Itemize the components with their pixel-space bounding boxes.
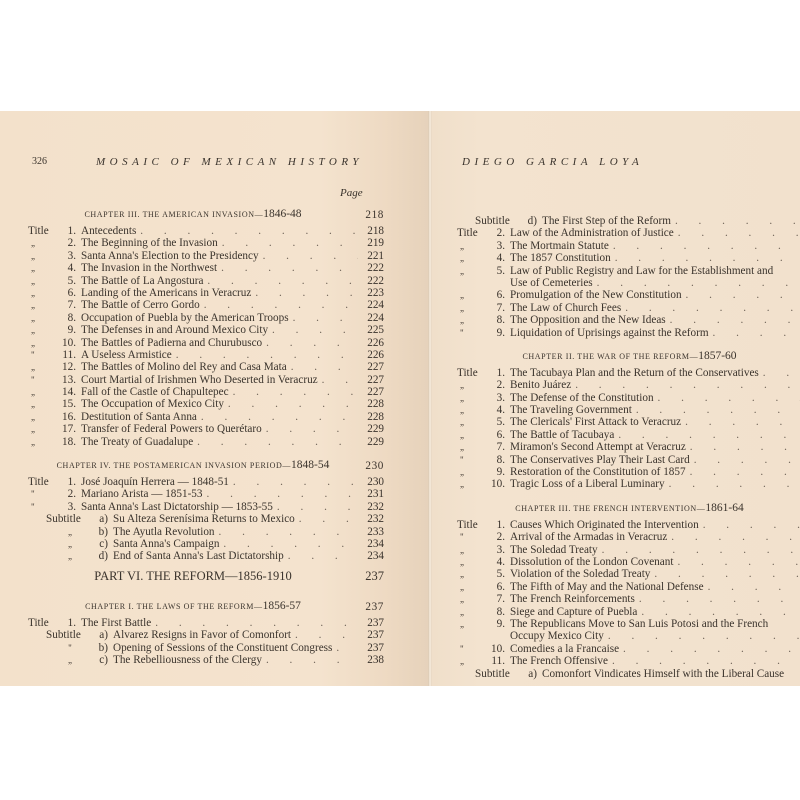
- leader-dots: [251, 287, 358, 299]
- entry-type-label: „: [28, 411, 58, 423]
- chapter-label: CHAPTER IV. THE POSTAMERICAN INVASION PE…: [57, 461, 291, 470]
- entry-title: The Mortmain Statute: [510, 240, 609, 252]
- entry-title-line1: Law of Public Registry and Law for the E…: [510, 265, 800, 277]
- leader-dots: [289, 312, 358, 324]
- part-heading: PART VI. THE REFORM—1856-1910237: [28, 563, 384, 589]
- entry-number: 5.: [487, 568, 510, 580]
- toc-entry: „2.The Beginning of the Invasion219: [28, 237, 384, 249]
- leader-dots: [673, 556, 800, 568]
- toc-entry: „6.Promulgation of the New Constitution: [457, 289, 800, 301]
- leader-dots: [608, 655, 800, 667]
- entry-title: The Treaty of Guadalupe: [81, 436, 193, 448]
- entry-type-label: Title: [28, 476, 58, 488]
- entry-type-label: „: [457, 478, 487, 490]
- entry-number: 5.: [487, 265, 510, 277]
- chapter-title: CHAPTER II. THE WAR OF THE REFORM—1857-6…: [457, 350, 800, 363]
- entry-type-label: Title: [28, 617, 58, 629]
- leader-dots: [172, 349, 358, 361]
- toc-entry: "2.Mariano Arista — 1851-53231: [28, 488, 384, 500]
- entry-type-label: „: [457, 581, 487, 593]
- leader-dots: [699, 519, 800, 531]
- entry-number: c): [90, 654, 113, 666]
- entry-type-label: „: [28, 526, 90, 538]
- part-title: PART VI. THE REFORM—1856-1910: [28, 570, 358, 582]
- entry-type-label: „: [457, 404, 487, 416]
- entry-number: d): [90, 550, 113, 562]
- toc-entry: „7.The Law of Church Fees: [457, 302, 800, 314]
- toc-entry: Subtitlea)Su Alteza Serenísima Returns t…: [28, 513, 384, 525]
- chapter-label: CHAPTER III. THE AMERICAN INVASION—: [84, 210, 263, 219]
- entry-number: 7.: [487, 441, 510, 453]
- chapter-heading: CHAPTER II. THE WAR OF THE REFORM—1857-6…: [457, 347, 800, 367]
- entry-title: A Useless Armistice: [81, 349, 172, 361]
- toc-entry: "2.Arrival of the Armadas in Veracruz: [457, 531, 800, 543]
- page-ref: 224: [358, 312, 384, 324]
- entry-title: The Battles of Padierna and Churubusco: [81, 337, 262, 349]
- toc-entry: „14.Fall of the Castle of Chapultepec227: [28, 386, 384, 398]
- entry-title: The Opposition and the New Ideas: [510, 314, 666, 326]
- entry-type-label: ": [457, 643, 487, 655]
- entry-type-label: „: [457, 240, 487, 252]
- entry-title: Mariano Arista — 1851-53: [81, 488, 203, 500]
- entry-number: 14.: [58, 386, 81, 398]
- entry-number: a): [90, 629, 113, 641]
- entry-number: 10.: [487, 478, 510, 490]
- chapter-title: CHAPTER III. THE AMERICAN INVASION—1846-…: [28, 208, 358, 221]
- page-ref: 237: [358, 617, 384, 629]
- leader-dots: [665, 478, 800, 490]
- page-ref: 238: [358, 654, 384, 666]
- page-ref: 227: [358, 386, 384, 398]
- entry-title: Santa Anna's Election to the Presidency: [81, 250, 259, 262]
- page-ref: 234: [358, 550, 384, 562]
- toc-entry: „10.The Battles of Padierna and Churubus…: [28, 337, 384, 349]
- toc-entry: "9.Liquidation of Uprisings against the …: [457, 327, 800, 339]
- toc-entry: "10.Comedies a la Francaise: [457, 643, 800, 655]
- entry-type-label: ": [28, 488, 58, 500]
- toc-entry: „4.Dissolution of the London Covenant: [457, 556, 800, 568]
- leader-dots: [611, 252, 800, 264]
- entry-title: Law of the Administration of Justice: [510, 227, 674, 239]
- toc-entry: „d)End of Santa Anna's Last Dictatorship…: [28, 550, 384, 562]
- page-ref: 224: [358, 299, 384, 311]
- page-ref: 227: [358, 361, 384, 373]
- entry-type-label: Subtitle: [28, 513, 90, 525]
- leader-dots: [262, 337, 358, 349]
- page-ref: 226: [358, 337, 384, 349]
- entry-number: 9.: [487, 327, 510, 339]
- entry-type-label: „: [457, 466, 487, 478]
- leader-dots: [200, 299, 358, 311]
- entry-title: Court Martial of Irishmen Who Deserted i…: [81, 374, 318, 386]
- leader-dots: [291, 629, 358, 641]
- entry-type-label: „: [457, 379, 487, 391]
- entry-number: 7.: [487, 302, 510, 314]
- leader-dots: [295, 513, 358, 525]
- page-ref: 223: [358, 287, 384, 299]
- entry-type-label: Subtitle: [457, 668, 519, 680]
- section-spacer: [28, 589, 384, 597]
- page-ref: 232: [358, 513, 384, 525]
- entry-title: The Battle of La Angostura: [81, 275, 203, 287]
- leader-dots: [632, 404, 800, 416]
- entry-number: 6.: [487, 289, 510, 301]
- toc-entry: "8.The Conservatives Play Their Last Car…: [457, 454, 800, 466]
- entry-title: The Battle of Cerro Gordo: [81, 299, 200, 311]
- entry-title: The 1857 Constitution: [510, 252, 611, 264]
- leader-dots: [621, 302, 800, 314]
- leader-dots: [690, 454, 800, 466]
- entry-type-label: Subtitle: [457, 215, 519, 227]
- entry-type-label: „: [457, 265, 487, 277]
- leader-dots: [609, 240, 800, 252]
- toc-entry: „11.The French Offensive: [457, 655, 800, 667]
- entry-type-label: „: [28, 538, 90, 550]
- chapter-years: 1856-57: [263, 600, 301, 612]
- page-ref: 228: [358, 411, 384, 423]
- leader-dots: [203, 275, 358, 287]
- leader-dots: [217, 262, 358, 274]
- entry-type-label: „: [457, 655, 487, 667]
- toc-entry: Title1.The First Battle237: [28, 617, 384, 629]
- entry-number: 15.: [58, 398, 81, 410]
- toc-entry: „6.The Battle of Tacubaya: [457, 429, 800, 441]
- page-ref: 222: [358, 275, 384, 287]
- entry-number: 8.: [487, 606, 510, 618]
- entry-title: Destitution of Santa Anna: [81, 411, 197, 423]
- entry-number: d): [519, 215, 542, 227]
- entry-title: Alvarez Resigns in Favor of Comonfort: [113, 629, 291, 641]
- leader-dots: [619, 643, 800, 655]
- chapter-label: CHAPTER I. THE LAWS OF THE REFORM—: [85, 602, 262, 611]
- page-ref: 233: [358, 526, 384, 538]
- toc-entry: Title1.Antecedents218: [28, 225, 384, 237]
- entry-title: Occupation of Puebla by the American Tro…: [81, 312, 289, 324]
- entry-type-label: ": [457, 531, 487, 543]
- toc-entry: Subtitled)The First Step of the Reform: [457, 215, 800, 227]
- toc-entry: "13.Court Martial of Irishmen Who Desert…: [28, 374, 384, 386]
- entry-title: The Rebelliousness of the Clergy: [113, 654, 262, 666]
- entry-title: The Ayutla Revolution: [113, 526, 215, 538]
- toc-entry: „4.The 1857 Constitution: [457, 252, 800, 264]
- entry-title: Arrival of the Armadas in Veracruz: [510, 531, 667, 543]
- toc-entry: „3.The Defense of the Constitution: [457, 392, 800, 404]
- entry-title: Restoration of the Constitution of 1857: [510, 466, 686, 478]
- entry-number: c): [90, 538, 113, 550]
- entry-number: 12.: [58, 361, 81, 373]
- toc-entry: „3.Santa Anna's Election to the Presiden…: [28, 250, 384, 262]
- toc-entry: „3.The Soledad Treaty: [457, 544, 800, 556]
- entry-title: The Beginning of the Invasion: [81, 237, 218, 249]
- section-spacer: [457, 339, 800, 347]
- leader-dots: [593, 277, 800, 289]
- entry-type-label: „: [457, 544, 487, 556]
- toc-entry: „3.The Mortmain Statute: [457, 240, 800, 252]
- entry-number: 1.: [487, 367, 510, 379]
- page-ref: 218: [358, 225, 384, 237]
- entry-type-label: „: [28, 299, 58, 311]
- toc-entry: „8.Siege and Capture of Puebla: [457, 606, 800, 618]
- entry-title: The French Reinforcements: [510, 593, 635, 605]
- chapter-heading: CHAPTER III. THE AMERICAN INVASION—1846-…: [28, 205, 384, 225]
- chapter-years: 1861-64: [705, 502, 743, 514]
- entry-type-label: „: [457, 593, 487, 605]
- entry-number: 4.: [487, 252, 510, 264]
- entry-number: 8.: [487, 454, 510, 466]
- entry-type-label: „: [28, 398, 58, 410]
- entry-type-label: Title: [457, 367, 487, 379]
- toc-entry: "11.A Useless Armistice226: [28, 349, 384, 361]
- entry-title: Fall of the Castle of Chapultepec: [81, 386, 229, 398]
- entry-type-label: „: [457, 416, 487, 428]
- toc-entry: „c)Santa Anna's Campaign234: [28, 538, 384, 550]
- entry-type-label: „: [457, 441, 487, 453]
- page-ref: 227: [358, 374, 384, 386]
- entry-type-label: „: [28, 654, 90, 666]
- leader-dots: [681, 416, 800, 428]
- right-page: DIEGO GARCIA LOYA Subtitled)The First St…: [432, 111, 800, 686]
- entry-title: Landing of the Americans in Veracruz: [81, 287, 251, 299]
- leader-dots: [287, 361, 358, 373]
- entry-title: The Soledad Treaty: [510, 544, 598, 556]
- entry-title: The Traveling Government: [510, 404, 632, 416]
- entry-title: The French Offensive: [510, 655, 608, 667]
- page-ref: 231: [358, 488, 384, 500]
- entry-number: 3.: [487, 240, 510, 252]
- entry-type-label: „: [457, 618, 487, 630]
- entry-number: 2.: [58, 488, 81, 500]
- entry-number: 16.: [58, 411, 81, 423]
- page-ref: 230: [358, 476, 384, 488]
- toc-entry: Title2.Law of the Administration of Just…: [457, 227, 800, 239]
- entry-number: 4.: [58, 262, 81, 274]
- entry-number: 10.: [487, 643, 510, 655]
- entry-title-line1: The Republicans Move to San Luis Potosi …: [510, 618, 800, 630]
- toc-entry: „16.Destitution of Santa Anna228: [28, 411, 384, 423]
- leader-dots: [709, 327, 800, 339]
- toc-entry: „8.The Opposition and the New Ideas: [457, 314, 800, 326]
- page-ref: 222: [358, 262, 384, 274]
- entry-number: 3.: [487, 392, 510, 404]
- page-ref: 228: [358, 398, 384, 410]
- entry-type-label: „: [28, 361, 58, 373]
- entry-title: The Occupation of Mexico City: [81, 398, 224, 410]
- entry-title: Law of Public Registry and Law for the E…: [510, 265, 800, 290]
- entry-title-line2: Use of Cemeteries: [510, 277, 800, 289]
- leader-dots: [671, 215, 800, 227]
- toc-entry: „4.The Invasion in the Northwest222: [28, 262, 384, 274]
- toc-entry: „4.The Traveling Government: [457, 404, 800, 416]
- entry-number: 5.: [487, 416, 510, 428]
- table-of-contents-left: CHAPTER III. THE AMERICAN INVASION—1846-…: [28, 205, 384, 666]
- entry-number: 9.: [58, 324, 81, 336]
- leader-dots: [273, 501, 358, 513]
- entry-type-label: „: [457, 429, 487, 441]
- leader-dots: [229, 386, 358, 398]
- section-spacer: [457, 491, 800, 499]
- toc-entry: „b)The Ayutla Revolution233: [28, 526, 384, 538]
- entry-number: 8.: [58, 312, 81, 324]
- entry-title: Liquidation of Uprisings against the Ref…: [510, 327, 709, 339]
- leader-dots: [674, 227, 800, 239]
- leader-dots: [203, 488, 359, 500]
- entry-number: a): [90, 513, 113, 525]
- entry-type-label: ": [457, 454, 487, 466]
- leader-dots: [151, 617, 358, 629]
- toc-entry: „12.The Battles of Molino del Rey and Ca…: [28, 361, 384, 373]
- page-ref: 221: [358, 250, 384, 262]
- leader-dots: [318, 374, 358, 386]
- page-ref: 230: [358, 460, 384, 472]
- entry-number: 7.: [58, 299, 81, 311]
- entry-number: 2.: [487, 379, 510, 391]
- page-ref: 225: [358, 324, 384, 336]
- entry-title: Transfer of Federal Powers to Querétaro: [81, 423, 262, 435]
- entry-number: 9.: [487, 466, 510, 478]
- entry-number: 4.: [487, 404, 510, 416]
- left-page: 326 MOSAIC OF MEXICAN HISTORY Page CHAPT…: [0, 111, 428, 686]
- entry-number: 1.: [58, 476, 81, 488]
- entry-number: 17.: [58, 423, 81, 435]
- toc-entry: „9.The Republicans Move to San Luis Poto…: [457, 618, 800, 643]
- page-ref: 234: [358, 538, 384, 550]
- entry-type-label: ": [28, 501, 58, 513]
- page-ref: 237: [358, 570, 384, 582]
- entry-title: Causes Which Originated the Intervention: [510, 519, 699, 531]
- page-ref: 229: [358, 423, 384, 435]
- chapter-years: 1848-54: [291, 459, 329, 471]
- entry-title: Su Alteza Serenísima Returns to Mexico: [113, 513, 295, 525]
- toc-entry: „5.Violation of the Soledad Treaty: [457, 568, 800, 580]
- page-ref: 229: [358, 436, 384, 448]
- entry-number: 18.: [58, 436, 81, 448]
- entry-title: The Fifth of May and the National Defens…: [510, 581, 704, 593]
- entry-type-label: „: [457, 252, 487, 264]
- chapter-heading: CHAPTER IV. THE POSTAMERICAN INVASION PE…: [28, 456, 384, 476]
- page-ref: 237: [358, 601, 384, 613]
- entry-type-label: „: [457, 556, 487, 568]
- chapter-title: CHAPTER III. THE FRENCH INTERVENTION—186…: [457, 502, 800, 515]
- entry-title: Promulgation of the New Constitution: [510, 289, 682, 301]
- entry-number: 3.: [58, 501, 81, 513]
- entry-number: 9.: [487, 618, 510, 630]
- entry-title: The Battles of Molino del Rey and Casa M…: [81, 361, 287, 373]
- entry-title: The Law of Church Fees: [510, 302, 621, 314]
- entry-type-label: „: [457, 606, 487, 618]
- page-number: 326: [32, 156, 47, 167]
- entry-title-line2: Occupy Mexico City: [510, 630, 800, 642]
- entry-type-label: ": [457, 327, 487, 339]
- entry-type-label: ": [28, 642, 90, 654]
- leader-dots: [604, 630, 800, 642]
- entry-title: The Clericals' First Attack to Veracruz: [510, 416, 681, 428]
- toc-entry: „5.Law of Public Registry and Law for th…: [457, 265, 800, 290]
- entry-title-line2-text: Occupy Mexico City: [510, 630, 604, 642]
- toc-entry: „6.The Fifth of May and the National Def…: [457, 581, 800, 593]
- entry-title: Opening of Sessions of the Constituent C…: [113, 642, 332, 654]
- toc-entry: „7.Miramon's Second Attempt at Veracruz: [457, 441, 800, 453]
- entry-type-label: „: [28, 324, 58, 336]
- entry-type-label: „: [28, 386, 58, 398]
- entry-title: Benito Juárez: [510, 379, 571, 391]
- toc-entry: Title1.Causes Which Originated the Inter…: [457, 519, 800, 531]
- table-of-contents-right: Subtitled)The First Step of the ReformTi…: [457, 215, 800, 680]
- leader-dots: [666, 314, 800, 326]
- running-head-book-title: MOSAIC OF MEXICAN HISTORY: [96, 156, 363, 168]
- toc-entry: „18.The Treaty of Guadalupe229: [28, 436, 384, 448]
- toc-entry: „2.Benito Juárez: [457, 379, 800, 391]
- entry-type-label: „: [28, 423, 58, 435]
- toc-entry: „17.Transfer of Federal Powers to Querét…: [28, 423, 384, 435]
- entry-type-label: „: [457, 392, 487, 404]
- entry-title: Siege and Capture of Puebla: [510, 606, 637, 618]
- entry-title: The Battle of Tacubaya: [510, 429, 614, 441]
- page-ref: 226: [358, 349, 384, 361]
- toc-entry: „5.The Battle of La Angostura222: [28, 275, 384, 287]
- entry-type-label: „: [28, 250, 58, 262]
- entry-title: Santa Anna's Last Dictatorship — 1853-55: [81, 501, 273, 513]
- leader-dots: [759, 367, 800, 379]
- chapter-years: 1846-48: [263, 208, 301, 220]
- page-ref: 237: [358, 629, 384, 641]
- leader-dots: [259, 250, 358, 262]
- leader-dots: [654, 392, 800, 404]
- leader-dots: [136, 225, 358, 237]
- toc-entry: Title1.The Tacubaya Plan and the Return …: [457, 367, 800, 379]
- leader-dots: [218, 237, 358, 249]
- leader-dots: [571, 379, 800, 391]
- leader-dots: [219, 538, 358, 550]
- entry-title: Comonfort Vindicates Himself with the Li…: [542, 668, 784, 680]
- entry-type-label: Title: [28, 225, 58, 237]
- leader-dots: [284, 550, 358, 562]
- toc-entry: „7.The French Reinforcements: [457, 593, 800, 605]
- entry-type-label: „: [28, 262, 58, 274]
- leader-dots: [614, 429, 800, 441]
- entry-type-label: „: [28, 287, 58, 299]
- leader-dots: [667, 531, 800, 543]
- entry-type-label: „: [457, 568, 487, 580]
- entry-type-label: Title: [457, 227, 487, 239]
- leader-dots: [682, 289, 800, 301]
- chapter-title: CHAPTER IV. THE POSTAMERICAN INVASION PE…: [28, 459, 358, 472]
- toc-entry: „5.The Clericals' First Attack to Veracr…: [457, 416, 800, 428]
- leader-dots: [197, 411, 358, 423]
- entry-type-label: „: [28, 436, 58, 448]
- entry-number: 1.: [58, 225, 81, 237]
- entry-number: a): [519, 668, 542, 680]
- entry-number: 3.: [487, 544, 510, 556]
- leader-dots: [262, 423, 358, 435]
- section-spacer: [28, 448, 384, 456]
- entry-title: Dissolution of the London Covenant: [510, 556, 673, 568]
- entry-title: The Invasion in the Northwest: [81, 262, 217, 274]
- entry-type-label: „: [28, 550, 90, 562]
- entry-type-label: „: [28, 312, 58, 324]
- entry-number: 4.: [487, 556, 510, 568]
- entry-title: Tragic Loss of a Liberal Luminary: [510, 478, 665, 490]
- entry-number: 2.: [58, 237, 81, 249]
- toc-entry: „15.The Occupation of Mexico City228: [28, 398, 384, 410]
- entry-number: 6.: [487, 429, 510, 441]
- leader-dots: [704, 581, 800, 593]
- page-ref: 237: [358, 642, 384, 654]
- entry-number: 1.: [487, 519, 510, 531]
- page-ref: 232: [358, 501, 384, 513]
- entry-number: 13.: [58, 374, 81, 386]
- toc-entry: „9.Restoration of the Constitution of 18…: [457, 466, 800, 478]
- toc-entry: Title1.José Joaquín Herrera — 1848-51230: [28, 476, 384, 488]
